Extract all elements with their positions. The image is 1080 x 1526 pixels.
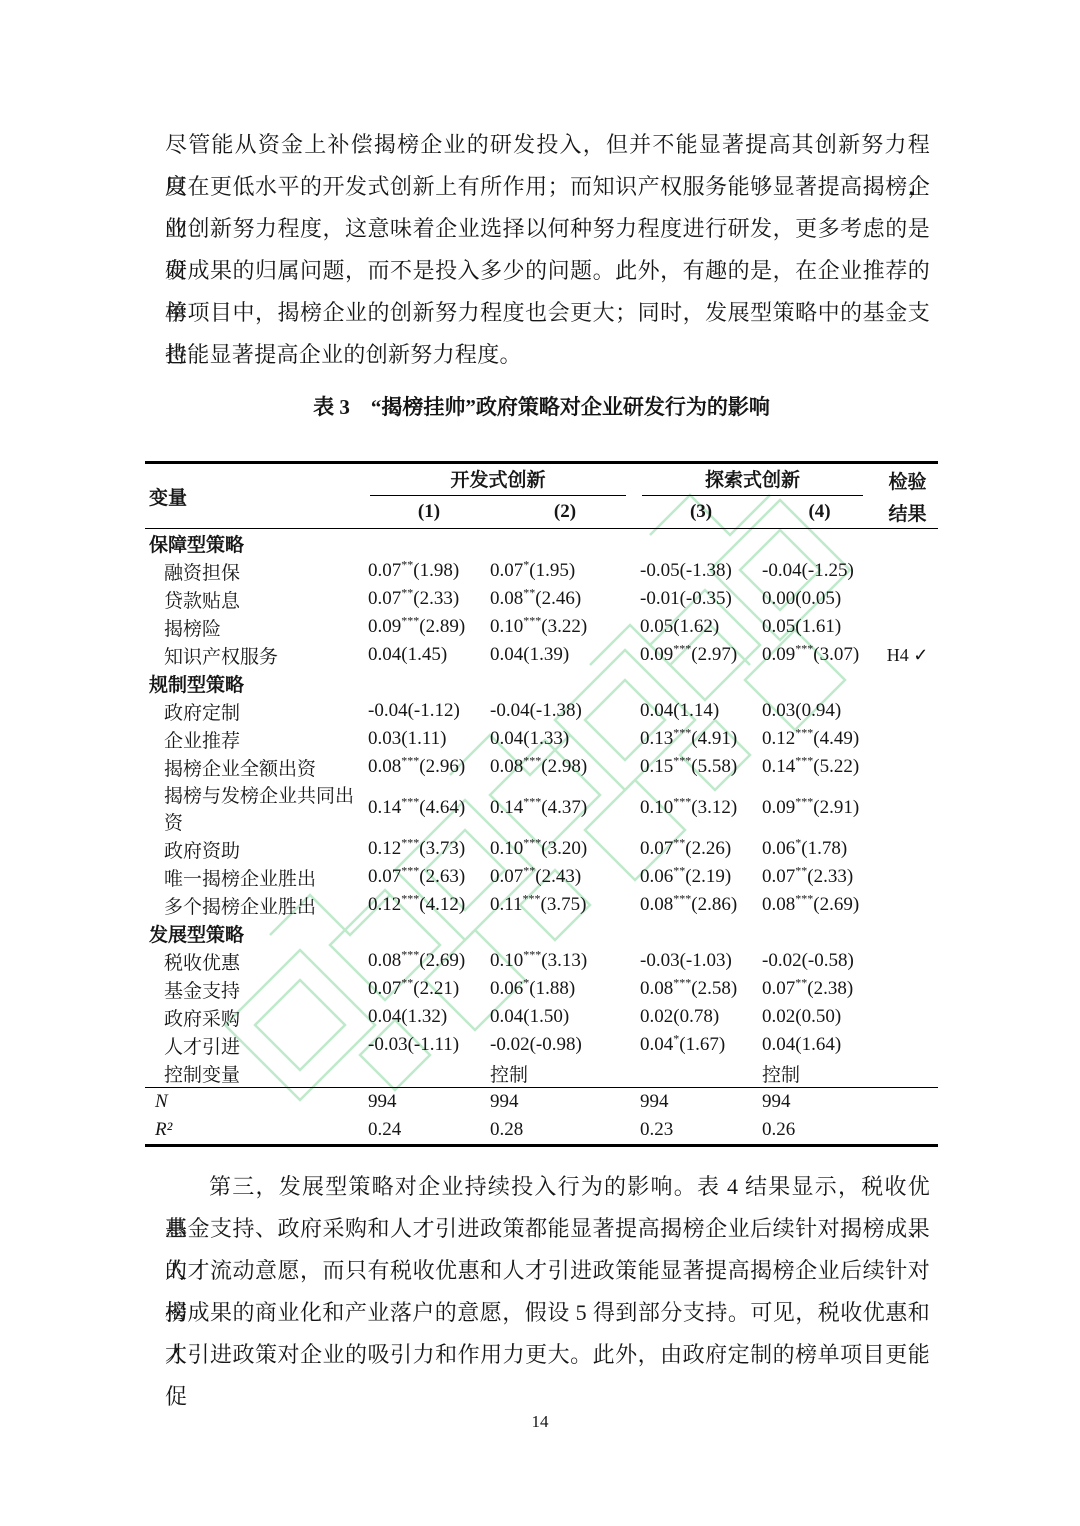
cell-value: 0.02(0.78) xyxy=(640,1003,762,1031)
cell-value: 0.23 xyxy=(640,1116,762,1146)
hypothesis-result xyxy=(877,669,938,697)
paragraph-line: 第三，发展型策略对企业持续投入行为的影响。表 4 结果显示，税收优惠、 xyxy=(165,1166,930,1208)
row-label: 控制变量 xyxy=(145,1059,368,1088)
cell-value xyxy=(490,529,640,558)
table-row: 规制型策略 xyxy=(145,669,938,697)
hypothesis-result xyxy=(877,753,938,781)
hypothesis-result: H4 ✓ xyxy=(877,641,938,669)
cell-value: 0.11***(3.75) xyxy=(490,891,640,919)
paragraph-bottom: 第三，发展型策略对企业持续投入行为的影响。表 4 结果显示，税收优惠、 基金支持… xyxy=(165,1166,930,1376)
cell-value: 0.08***(2.98) xyxy=(490,753,640,781)
hypothesis-result xyxy=(877,891,938,919)
cell-value: 0.04(1.50) xyxy=(490,1003,640,1031)
table-header-row: 变量 开发式创新 探索式创新 检验 xyxy=(145,463,938,497)
paragraph-line: 才引进政策对企业的吸引力和作用力更大。此外，由政府定制的榜单项目更能促 xyxy=(165,1334,930,1376)
cell-value xyxy=(368,1059,490,1088)
table-row: 税收优惠0.08***(2.69)0.10***(3.13)-0.03(-1.0… xyxy=(145,947,938,975)
cell-value xyxy=(368,919,490,947)
row-label: 揭榜企业全额出资 xyxy=(145,753,368,781)
table-row: 揭榜企业全额出资0.08***(2.96)0.08***(2.98)0.15**… xyxy=(145,753,938,781)
row-label: 企业推荐 xyxy=(145,725,368,753)
hypothesis-result xyxy=(877,781,938,835)
cell-value: 0.00(0.05) xyxy=(762,585,877,613)
hypothesis-result xyxy=(877,557,938,585)
table-row: 控制变量控制控制 xyxy=(145,1059,938,1088)
cell-value: 0.07**(2.26) xyxy=(640,835,762,863)
header-col-4: (4) xyxy=(762,496,877,529)
hypothesis-result xyxy=(877,1059,938,1088)
hypothesis-result xyxy=(877,1116,938,1146)
row-label: N xyxy=(145,1088,368,1117)
hypothesis-result xyxy=(877,863,938,891)
cell-value: 0.08***(2.86) xyxy=(640,891,762,919)
cell-value: 0.08***(2.58) xyxy=(640,975,762,1003)
cell-value: -0.02(-0.58) xyxy=(762,947,877,975)
cell-value: 0.05(1.62) xyxy=(640,613,762,641)
cell-value: 0.05(1.61) xyxy=(762,613,877,641)
page: 尽管能从资金上补偿揭榜企业的研发投入，但并不能显著提高其创新努力程度， 只在更低… xyxy=(0,0,1080,1526)
cell-value: 0.04(1.64) xyxy=(762,1031,877,1059)
header-col-2: (2) xyxy=(490,496,640,529)
cell-value: 0.12***(4.12) xyxy=(368,891,490,919)
page-number: 14 xyxy=(0,1412,1080,1432)
table-title: 表 3 “揭榜挂帅”政府策略对企业研发行为的影响 xyxy=(145,391,938,421)
cell-value: 0.10***(3.20) xyxy=(490,835,640,863)
cell-value: 0.10***(3.12) xyxy=(640,781,762,835)
cell-value: 0.08***(2.69) xyxy=(368,947,490,975)
cell-value xyxy=(368,529,490,558)
row-label: 规制型策略 xyxy=(145,669,368,697)
header-col-3: (3) xyxy=(640,496,762,529)
cell-value: 0.04*(1.67) xyxy=(640,1031,762,1059)
row-label: 贷款贴息 xyxy=(145,585,368,613)
cell-value: 994 xyxy=(490,1088,640,1117)
cell-value: 0.06*(1.78) xyxy=(762,835,877,863)
cell-value: 0.07**(2.33) xyxy=(762,863,877,891)
table-row: 揭榜险0.09***(2.89)0.10***(3.22)0.05(1.62)0… xyxy=(145,613,938,641)
table-row: 政府采购0.04(1.32)0.04(1.50)0.02(0.78)0.02(0… xyxy=(145,1003,938,1031)
hypothesis-result xyxy=(877,613,938,641)
cell-value: 0.07**(2.33) xyxy=(368,585,490,613)
cell-value: 994 xyxy=(640,1088,762,1117)
hypothesis-result xyxy=(877,1003,938,1031)
table-row: 企业推荐0.03(1.11)0.04(1.33)0.13***(4.91)0.1… xyxy=(145,725,938,753)
hypothesis-result xyxy=(877,947,938,975)
cell-value: 0.26 xyxy=(762,1116,877,1146)
cell-value: 0.07**(2.21) xyxy=(368,975,490,1003)
cell-value: 0.13***(4.91) xyxy=(640,725,762,753)
cell-value xyxy=(640,1059,762,1088)
paragraph-line: 基金支持、政府采购和人才引进政策都能显著提高揭榜企业后续针对揭榜成果的 xyxy=(165,1208,930,1250)
header-group-exploitative: 开发式创新 xyxy=(368,463,640,497)
cell-value: 0.10***(3.13) xyxy=(490,947,640,975)
row-label: 政府定制 xyxy=(145,697,368,725)
paragraph-line: 只在更低水平的开发式创新上有所作用；而知识产权服务能够显著提高揭榜企业 xyxy=(165,166,930,208)
cell-value xyxy=(762,669,877,697)
table-row: 融资担保0.07**(1.98)0.07*(1.95)-0.05(-1.38)-… xyxy=(145,557,938,585)
cell-value xyxy=(640,919,762,947)
hypothesis-result xyxy=(877,919,938,947)
cell-value: 0.12***(3.73) xyxy=(368,835,490,863)
cell-value: 0.06**(2.19) xyxy=(640,863,762,891)
regression-table: 变量 开发式创新 探索式创新 检验 (1) (2) (3) (4) 结果 保障型… xyxy=(145,461,938,1147)
header-col-1: (1) xyxy=(368,496,490,529)
cell-value: 0.07***(2.63) xyxy=(368,863,490,891)
cell-value: -0.01(-0.35) xyxy=(640,585,762,613)
paragraph-top: 尽管能从资金上补偿揭榜企业的研发投入，但并不能显著提高其创新努力程度， 只在更低… xyxy=(165,124,930,376)
row-label: 揭榜险 xyxy=(145,613,368,641)
header-test-line1: 检验 xyxy=(877,463,938,497)
cell-value: 0.06*(1.88) xyxy=(490,975,640,1003)
row-label: R² xyxy=(145,1116,368,1146)
cell-value: -0.03(-1.11) xyxy=(368,1031,490,1059)
row-label: 融资担保 xyxy=(145,557,368,585)
table-row: 发展型策略 xyxy=(145,919,938,947)
cell-value: 0.09***(2.97) xyxy=(640,641,762,669)
cell-value xyxy=(640,669,762,697)
cell-value: 0.10***(3.22) xyxy=(490,613,640,641)
row-label: 保障型策略 xyxy=(145,529,368,558)
cell-value xyxy=(762,919,877,947)
table-row: 贷款贴息0.07**(2.33)0.08**(2.46)-0.01(-0.35)… xyxy=(145,585,938,613)
table-row: 基金支持0.07**(2.21)0.06*(1.88)0.08***(2.58)… xyxy=(145,975,938,1003)
cell-value: 0.04(1.14) xyxy=(640,697,762,725)
cell-value: 0.09***(2.89) xyxy=(368,613,490,641)
row-label: 政府资助 xyxy=(145,835,368,863)
cell-value: 控制 xyxy=(490,1059,640,1088)
paragraph-line: 也能显著提高企业的创新努力程度。 xyxy=(165,334,930,376)
table-row: 政府定制-0.04(-1.12)-0.04(-1.38)0.04(1.14)0.… xyxy=(145,697,938,725)
paragraph-line: 的创新努力程度，这意味着企业选择以何种努力程度进行研发，更多考虑的是研 xyxy=(165,208,930,250)
cell-value: 0.03(0.94) xyxy=(762,697,877,725)
table-row: N994994994994 xyxy=(145,1088,938,1117)
cell-value: 0.08***(2.96) xyxy=(368,753,490,781)
cell-value: -0.04(-1.25) xyxy=(762,557,877,585)
cell-value: 0.14***(5.22) xyxy=(762,753,877,781)
hypothesis-result xyxy=(877,1088,938,1117)
hypothesis-result xyxy=(877,585,938,613)
paragraph-line: 单项目中，揭榜企业的创新努力程度也会更大；同时，发展型策略中的基金支持 xyxy=(165,292,930,334)
cell-value xyxy=(640,529,762,558)
cell-value xyxy=(368,669,490,697)
table-row: 政府资助0.12***(3.73)0.10***(3.20)0.07**(2.2… xyxy=(145,835,938,863)
table-row: 知识产权服务0.04(1.45)0.04(1.39)0.09***(2.97)0… xyxy=(145,641,938,669)
cell-value: 0.04(1.33) xyxy=(490,725,640,753)
cell-value: -0.05(-1.38) xyxy=(640,557,762,585)
cell-value: 0.07**(1.98) xyxy=(368,557,490,585)
paragraph-line: 人才流动意愿，而只有税收优惠和人才引进政策能显著提高揭榜企业后续针对揭 xyxy=(165,1250,930,1292)
cell-value: 0.04(1.32) xyxy=(368,1003,490,1031)
cell-value: 0.03(1.11) xyxy=(368,725,490,753)
hypothesis-result xyxy=(877,835,938,863)
row-label: 税收优惠 xyxy=(145,947,368,975)
table-row: 保障型策略 xyxy=(145,529,938,558)
cell-value xyxy=(490,919,640,947)
cell-value: 994 xyxy=(762,1088,877,1117)
paragraph-line: 榜成果的商业化和产业落户的意愿，假设 5 得到部分支持。可见，税收优惠和人 xyxy=(165,1292,930,1334)
header-test-line2: 结果 xyxy=(877,496,938,529)
table-row: 人才引进-0.03(-1.11)-0.02(-0.98)0.04*(1.67)0… xyxy=(145,1031,938,1059)
hypothesis-result xyxy=(877,725,938,753)
cell-value: 0.02(0.50) xyxy=(762,1003,877,1031)
table-row: R²0.240.280.230.26 xyxy=(145,1116,938,1146)
header-variable: 变量 xyxy=(145,463,368,529)
header-group-exploratory: 探索式创新 xyxy=(640,463,877,497)
cell-value: 0.07**(2.43) xyxy=(490,863,640,891)
cell-value: 0.14***(4.37) xyxy=(490,781,640,835)
row-label: 基金支持 xyxy=(145,975,368,1003)
cell-value: 0.24 xyxy=(368,1116,490,1146)
cell-value: 0.14***(4.64) xyxy=(368,781,490,835)
row-label: 揭榜与发榜企业共同出资 xyxy=(145,781,368,835)
cell-value: 0.07**(2.38) xyxy=(762,975,877,1003)
hypothesis-result xyxy=(877,1031,938,1059)
cell-value: -0.02(-0.98) xyxy=(490,1031,640,1059)
table-row: 揭榜与发榜企业共同出资0.14***(4.64)0.14***(4.37)0.1… xyxy=(145,781,938,835)
row-label: 人才引进 xyxy=(145,1031,368,1059)
table-row: 多个揭榜企业胜出0.12***(4.12)0.11***(3.75)0.08**… xyxy=(145,891,938,919)
hypothesis-result xyxy=(877,697,938,725)
row-label: 多个揭榜企业胜出 xyxy=(145,891,368,919)
cell-value: -0.03(-1.03) xyxy=(640,947,762,975)
row-label: 知识产权服务 xyxy=(145,641,368,669)
table-row: 唯一揭榜企业胜出0.07***(2.63)0.07**(2.43)0.06**(… xyxy=(145,863,938,891)
cell-value: 0.09***(2.91) xyxy=(762,781,877,835)
paragraph-line: 尽管能从资金上补偿揭榜企业的研发投入，但并不能显著提高其创新努力程度， xyxy=(165,124,930,166)
cell-value: 0.15***(5.58) xyxy=(640,753,762,781)
row-label: 发展型策略 xyxy=(145,919,368,947)
paragraph-line: 发成果的归属问题，而不是投入多少的问题。此外，有趣的是，在企业推荐的榜 xyxy=(165,250,930,292)
cell-value: -0.04(-1.38) xyxy=(490,697,640,725)
cell-value: 0.04(1.45) xyxy=(368,641,490,669)
cell-value: 0.08**(2.46) xyxy=(490,585,640,613)
cell-value: 控制 xyxy=(762,1059,877,1088)
cell-value: 0.08***(2.69) xyxy=(762,891,877,919)
cell-value: -0.04(-1.12) xyxy=(368,697,490,725)
cell-value: 994 xyxy=(368,1088,490,1117)
row-label: 政府采购 xyxy=(145,1003,368,1031)
cell-value: 0.28 xyxy=(490,1116,640,1146)
hypothesis-result xyxy=(877,529,938,558)
cell-value: 0.04(1.39) xyxy=(490,641,640,669)
cell-value: 0.09***(3.07) xyxy=(762,641,877,669)
cell-value xyxy=(490,669,640,697)
cell-value: 0.12***(4.49) xyxy=(762,725,877,753)
cell-value: 0.07*(1.95) xyxy=(490,557,640,585)
hypothesis-result xyxy=(877,975,938,1003)
row-label: 唯一揭榜企业胜出 xyxy=(145,863,368,891)
cell-value xyxy=(762,529,877,558)
